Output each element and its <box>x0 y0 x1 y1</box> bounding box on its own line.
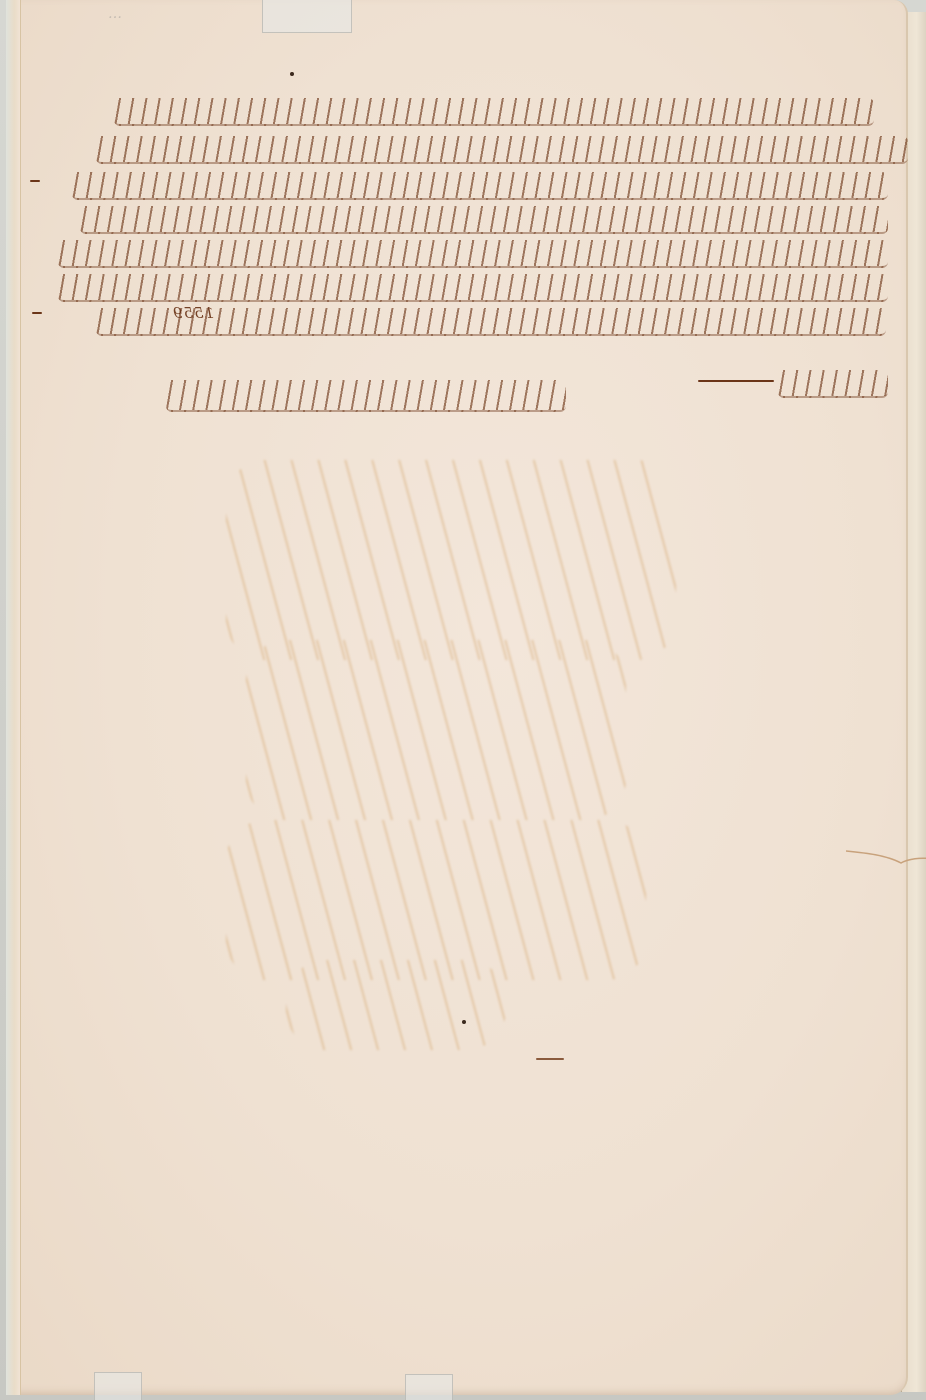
text-line-5 <box>58 240 888 268</box>
bleed-through-text <box>226 820 646 980</box>
page-left-edge <box>6 0 21 1395</box>
text-line-4 <box>80 206 888 234</box>
text-line-1 <box>114 98 874 126</box>
signature-dash <box>698 380 774 382</box>
bleed-through-text <box>286 960 506 1050</box>
folio-mark: … <box>108 6 122 22</box>
text-line-7 <box>96 308 886 336</box>
ink-mark <box>536 1058 564 1060</box>
text-line-3 <box>72 172 888 200</box>
text-line-2 <box>96 136 908 164</box>
bleed-through-text <box>246 640 626 820</box>
date-fragment: 1559 <box>172 304 214 322</box>
mounting-tape <box>94 1372 142 1400</box>
ink-dot <box>290 72 294 76</box>
text-line-6 <box>58 274 888 302</box>
left-marginal-note <box>778 370 888 398</box>
bleed-through-text <box>226 460 676 660</box>
paper-crease <box>846 845 926 865</box>
mounting-tape <box>405 1374 453 1400</box>
margin-dash <box>30 180 40 182</box>
mounting-tape <box>262 0 352 33</box>
manuscript-page: … 1559 <box>6 0 908 1395</box>
signature <box>166 380 566 412</box>
margin-dash <box>32 312 42 314</box>
